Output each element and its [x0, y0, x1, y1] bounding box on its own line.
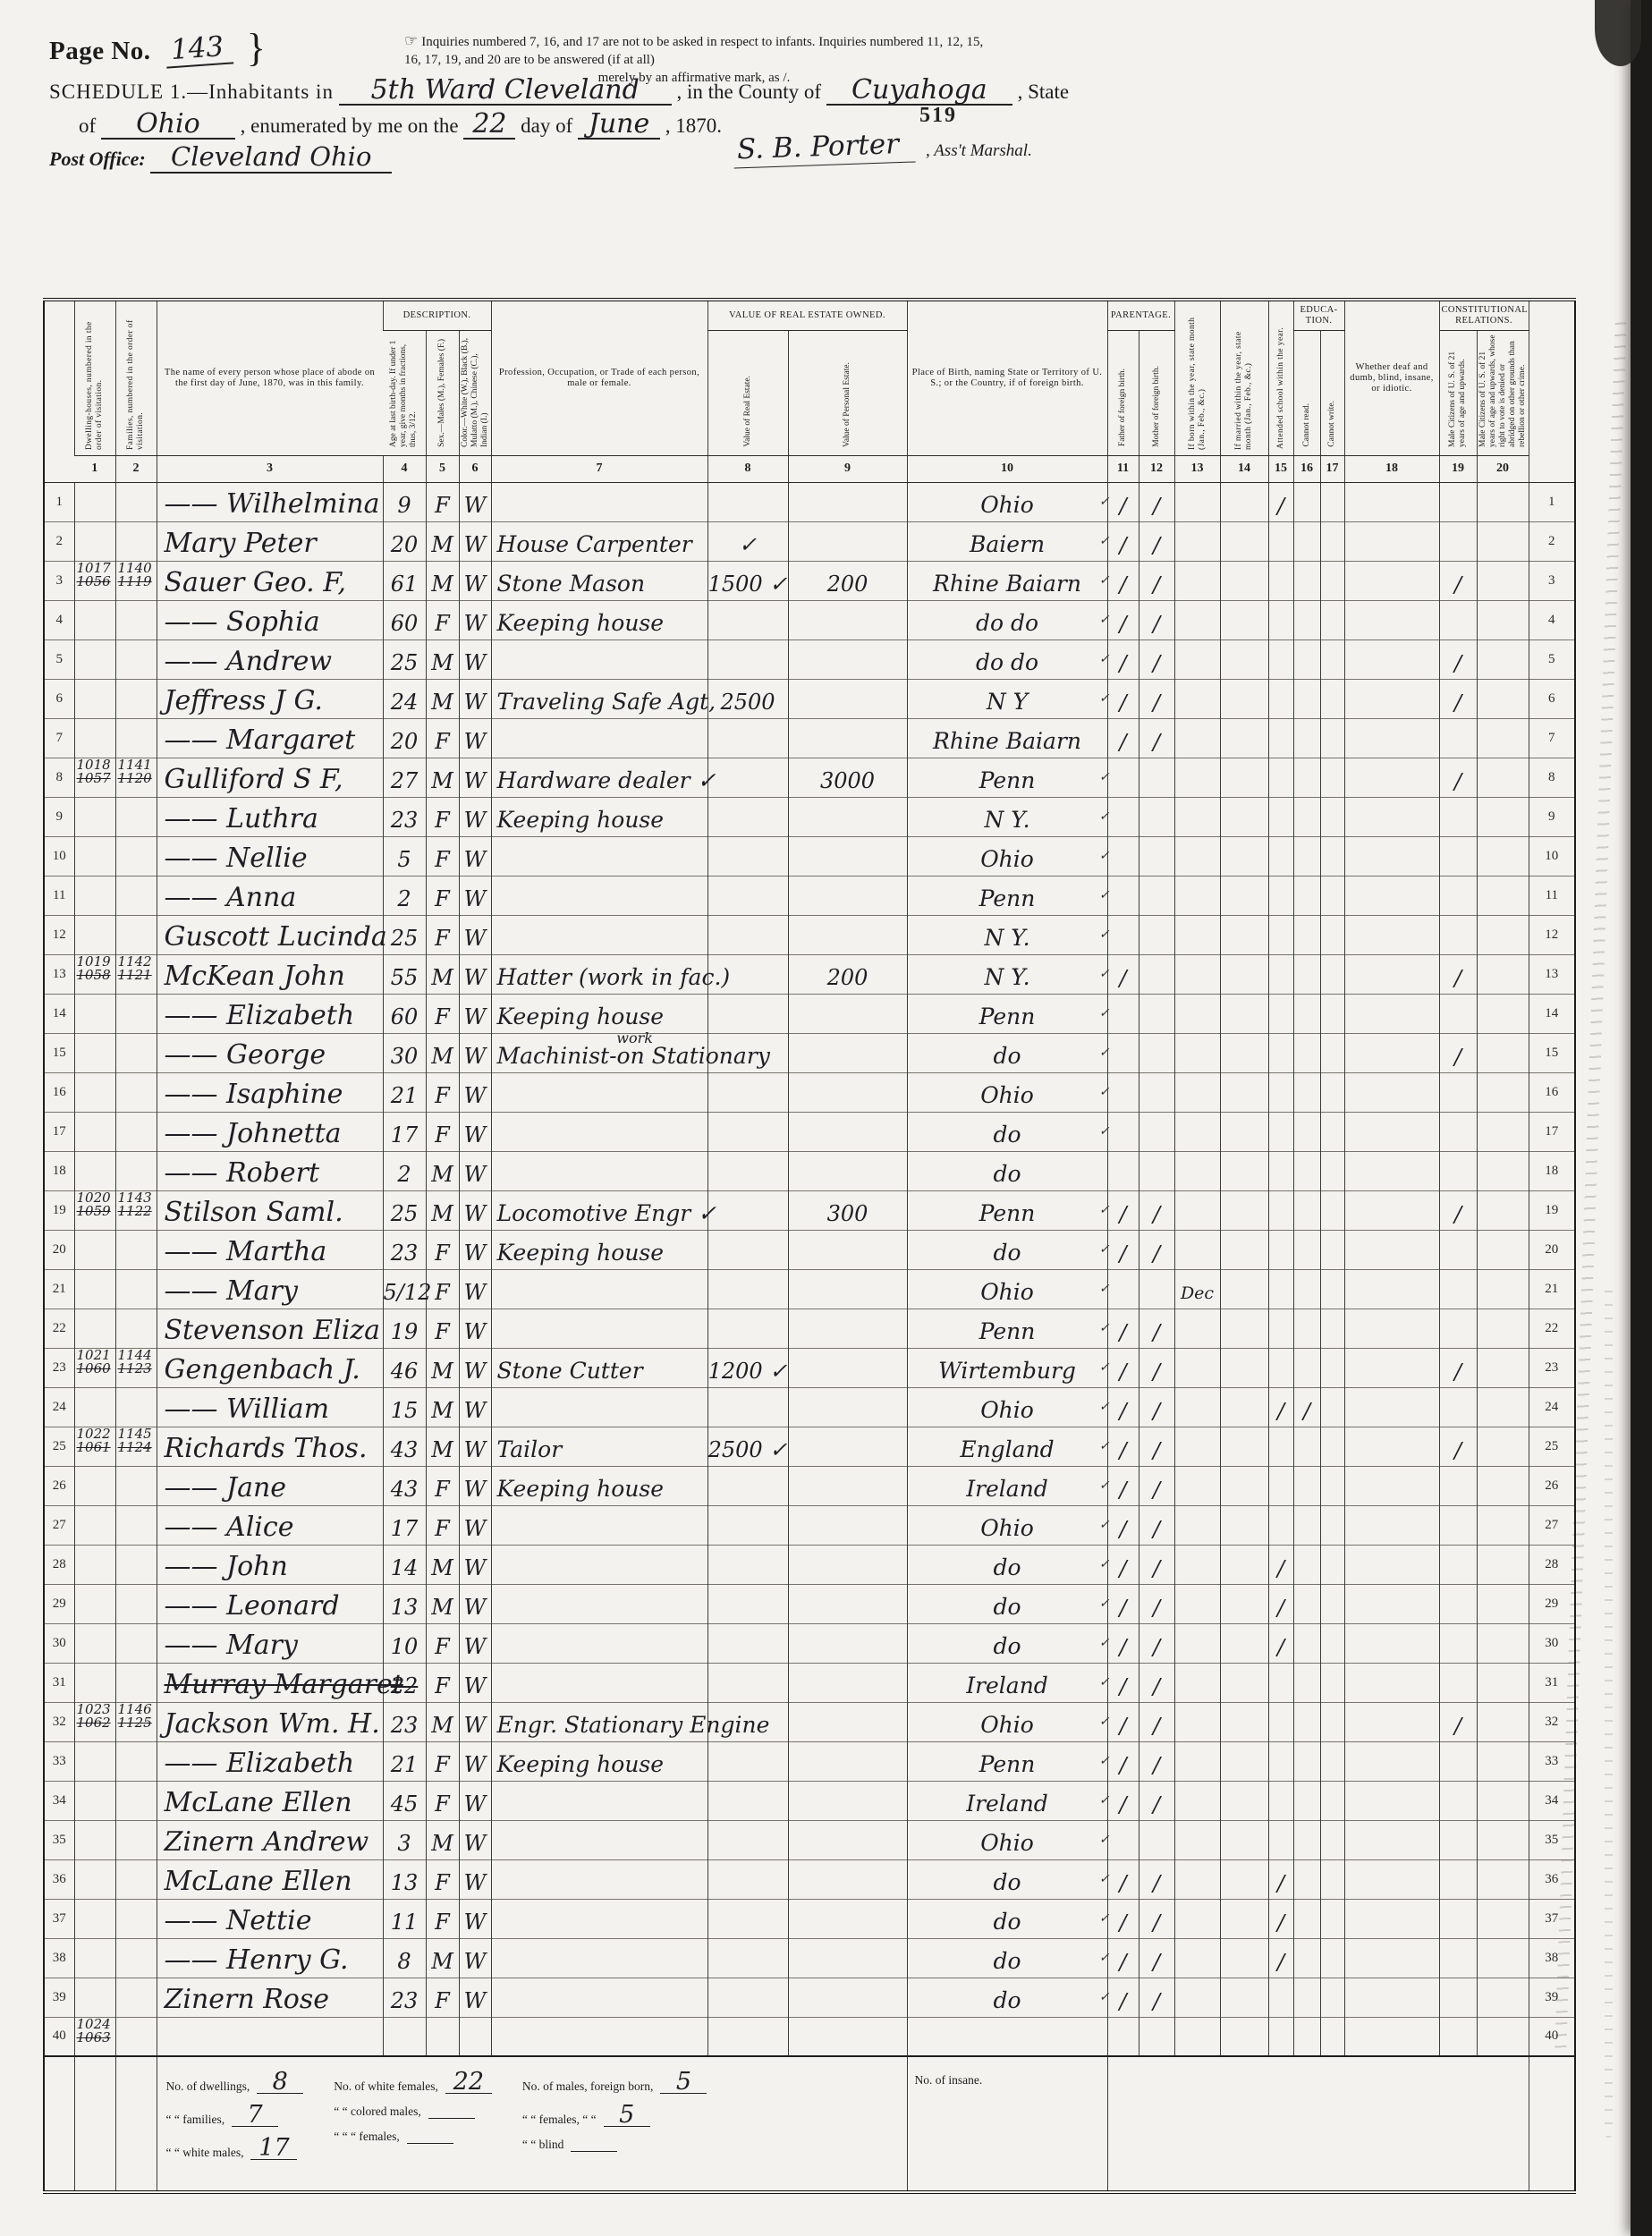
cell-sex: F — [426, 1663, 459, 1702]
cell-deaf-dumb — [1344, 1899, 1439, 1938]
page-no-label: Page No. — [49, 37, 151, 66]
cell-male-citizen-denied-mark — [1477, 1781, 1529, 1820]
cell-attended-school-mark — [1268, 1072, 1293, 1112]
cell-male-citizen-mark — [1439, 2017, 1477, 2056]
total-value: 5 — [660, 2071, 707, 2094]
cell-birthplace: Ohio✓ — [907, 836, 1107, 876]
total-label: No. of white females, — [334, 2079, 438, 2094]
col-header-born-month: If born within the year, state month (Ja… — [1174, 300, 1220, 455]
cell-name: Mary Peter — [157, 521, 383, 561]
cell-real-estate-value: 1500 ✓ — [707, 561, 788, 600]
group-header-constitutional: CONSTITUTIONAL RELATIONS. — [1439, 300, 1529, 330]
cell-color: W — [459, 1623, 491, 1663]
cell-sex: F — [426, 836, 459, 876]
row-number-left: 16 — [44, 1072, 74, 1112]
row-number-left: 7 — [44, 718, 74, 758]
cell-birthplace: N Y.✓ — [907, 797, 1107, 836]
cell-age: 20 — [383, 718, 426, 758]
cell-sex: M — [426, 1584, 459, 1623]
cell-personal-estate-value — [788, 1584, 907, 1623]
cell-married-month — [1220, 1899, 1268, 1938]
cell-married-month — [1220, 1623, 1268, 1663]
cell-father-foreign-mark: / — [1107, 482, 1139, 521]
cell-male-citizen-mark — [1439, 1545, 1477, 1584]
cell-dwelling-number — [74, 836, 115, 876]
cell-occupation — [491, 1072, 707, 1112]
cell-age: 30 — [383, 1033, 426, 1072]
cell-deaf-dumb — [1344, 1112, 1439, 1151]
cell-attended-school-mark: / — [1268, 1899, 1293, 1938]
cell-occupation — [491, 1505, 707, 1545]
cell-occupation: Hatter (work in fac.) — [491, 954, 707, 994]
row-number-left: 40 — [44, 2017, 74, 2056]
cell-born-month — [1174, 1190, 1220, 1230]
cell-mother-foreign-mark: / — [1139, 1427, 1174, 1466]
cell-male-citizen-denied-mark — [1477, 915, 1529, 954]
cell-cannot-read-mark — [1293, 1741, 1320, 1781]
cell-family-number — [115, 1623, 157, 1663]
cell-male-citizen-denied-mark — [1477, 1033, 1529, 1072]
cell-birthplace: Baiern✓ — [907, 521, 1107, 561]
cell-family-number: 11431122 — [115, 1190, 157, 1230]
cell-real-estate-value — [707, 1781, 788, 1820]
cell-age: 13 — [383, 1859, 426, 1899]
cell-dwelling-number — [74, 1978, 115, 2017]
cell-male-citizen-denied-mark — [1477, 1623, 1529, 1663]
cell-color: W — [459, 1230, 491, 1269]
cell-real-estate-value — [707, 482, 788, 521]
cell-married-month — [1220, 1348, 1268, 1387]
cell-born-month — [1174, 639, 1220, 679]
cell-birthplace: Ohio✓ — [907, 1505, 1107, 1545]
cell-male-citizen-denied-mark — [1477, 639, 1529, 679]
row-number-right: 40 — [1529, 2017, 1575, 2056]
cell-sex: M — [426, 1938, 459, 1978]
cell-male-citizen-denied-mark — [1477, 954, 1529, 994]
cell-cannot-read-mark — [1293, 915, 1320, 954]
col-number: 19 — [1439, 455, 1477, 482]
cell-personal-estate-value — [788, 1112, 907, 1151]
cell-occupation: Stone Cutter — [491, 1348, 707, 1387]
cell-color: W — [459, 1978, 491, 2017]
table-row: 20 —— Martha 23 F W Keeping house do✓ / … — [44, 1230, 1575, 1269]
cell-cannot-read-mark — [1293, 1151, 1320, 1190]
cell-mother-foreign-mark: / — [1139, 600, 1174, 639]
cell-father-foreign-mark: / — [1107, 1623, 1139, 1663]
cell-deaf-dumb — [1344, 1545, 1439, 1584]
scan-dark-edge — [1631, 0, 1652, 2236]
cell-cannot-read-mark — [1293, 1309, 1320, 1348]
cell-married-month — [1220, 1427, 1268, 1466]
cell-cannot-read-mark — [1293, 758, 1320, 797]
cell-dwelling-number — [74, 994, 115, 1033]
row-number-right: 4 — [1529, 600, 1575, 639]
cell-sex: F — [426, 1466, 459, 1505]
cell-family-number — [115, 1112, 157, 1151]
col-number: 9 — [788, 455, 907, 482]
cell-personal-estate-value — [788, 1545, 907, 1584]
cell-color: W — [459, 1781, 491, 1820]
cell-sex: M — [426, 1702, 459, 1741]
cell-deaf-dumb — [1344, 1702, 1439, 1741]
cell-real-estate-value — [707, 994, 788, 1033]
cell-occupation: Engr. Stationary Engine — [491, 1702, 707, 1741]
col-header-real-estate: Value of Real Estate. — [707, 330, 788, 455]
cell-age: 61 — [383, 561, 426, 600]
cell-cannot-write-mark — [1320, 1938, 1344, 1978]
cell-deaf-dumb — [1344, 1151, 1439, 1190]
cell-cannot-read-mark: / — [1293, 1387, 1320, 1427]
cell-mother-foreign-mark: / — [1139, 1741, 1174, 1781]
cell-age: 3 — [383, 1820, 426, 1859]
cell-cannot-write-mark — [1320, 679, 1344, 718]
cell-father-foreign-mark: / — [1107, 1190, 1139, 1230]
cell-occupation — [491, 915, 707, 954]
cell-deaf-dumb — [1344, 1859, 1439, 1899]
cell-male-citizen-mark — [1439, 1859, 1477, 1899]
cell-dwelling-number: 10181057 — [74, 758, 115, 797]
cell-sex: F — [426, 1623, 459, 1663]
cell-birthplace: do do✓ — [907, 600, 1107, 639]
cell-cannot-write-mark — [1320, 1269, 1344, 1309]
cell-attended-school-mark — [1268, 1112, 1293, 1151]
cell-family-number — [115, 915, 157, 954]
total-label: “ “ colored males, — [334, 2105, 420, 2119]
cell-color: W — [459, 639, 491, 679]
col-number: 6 — [459, 455, 491, 482]
footer-gutter-right — [1529, 2056, 1575, 2192]
cell-real-estate-value — [707, 1190, 788, 1230]
cell-cannot-read-mark — [1293, 482, 1320, 521]
cell-family-number — [115, 521, 157, 561]
cell-real-estate-value — [707, 1072, 788, 1112]
row-number-right: 16 — [1529, 1072, 1575, 1112]
cell-cannot-write-mark — [1320, 482, 1344, 521]
table-row: 25 10221061 11451124 Richards Thos. 43 M… — [44, 1427, 1575, 1466]
cell-attended-school-mark — [1268, 600, 1293, 639]
col-header-cannot-write: Cannot write. — [1320, 330, 1344, 455]
cell-name: —— Margaret — [157, 718, 383, 758]
cell-deaf-dumb — [1344, 1663, 1439, 1702]
cell-dwelling-number — [74, 679, 115, 718]
cell-deaf-dumb — [1344, 1269, 1439, 1309]
cell-sex: M — [426, 1545, 459, 1584]
cell-name: —— Luthra — [157, 797, 383, 836]
cell-birthplace: do✓ — [907, 1112, 1107, 1151]
cell-birthplace: do✓ — [907, 1899, 1107, 1938]
cell-male-citizen-denied-mark — [1477, 561, 1529, 600]
table-row: 35 Zinern Andrew 3 M W Ohio✓ 35 — [44, 1820, 1575, 1859]
cell-father-foreign-mark: / — [1107, 1899, 1139, 1938]
cell-male-citizen-denied-mark — [1477, 758, 1529, 797]
cell-cannot-write-mark — [1320, 994, 1344, 1033]
cell-born-month — [1174, 1545, 1220, 1584]
cell-mother-foreign-mark: / — [1139, 1859, 1174, 1899]
cell-father-foreign-mark: / — [1107, 1230, 1139, 1269]
row-number-right: 25 — [1529, 1427, 1575, 1466]
cell-born-month — [1174, 600, 1220, 639]
cell-real-estate-value: 1200 ✓ — [707, 1348, 788, 1387]
cell-name: —— Jane — [157, 1466, 383, 1505]
cell-personal-estate-value — [788, 797, 907, 836]
cell-cannot-read-mark — [1293, 1033, 1320, 1072]
cell-cannot-read-mark — [1293, 1072, 1320, 1112]
footer-totals-col-3: No. of males, foreign born,5 “ “ females… — [522, 2071, 707, 2160]
cell-personal-estate-value — [788, 718, 907, 758]
cell-occupation: Traveling Safe Agt, — [491, 679, 707, 718]
cell-cannot-write-mark — [1320, 561, 1344, 600]
cell-personal-estate-value — [788, 1269, 907, 1309]
cell-age: 25 — [383, 915, 426, 954]
table-row: 14 —— Elizabeth 60 F W Keeping house Pen… — [44, 994, 1575, 1033]
cell-birthplace: Ohio✓ — [907, 1072, 1107, 1112]
col-header-personal-estate: Value of Personal Estate. — [788, 330, 907, 455]
col-number: 5 — [426, 455, 459, 482]
cell-dwelling-number — [74, 482, 115, 521]
cell-age — [383, 2017, 426, 2056]
cell-personal-estate-value — [788, 1309, 907, 1348]
cell-family-number — [115, 718, 157, 758]
row-number-left: 20 — [44, 1230, 74, 1269]
cell-family-number — [115, 797, 157, 836]
cell-cannot-read-mark — [1293, 1348, 1320, 1387]
col-header-sex: Sex.—Males (M.), Females (F.) — [426, 330, 459, 455]
cell-married-month — [1220, 1781, 1268, 1820]
cell-married-month — [1220, 1309, 1268, 1348]
cell-cannot-write-mark — [1320, 836, 1344, 876]
cell-age: 43 — [383, 1427, 426, 1466]
cell-born-month — [1174, 994, 1220, 1033]
cell-deaf-dumb — [1344, 915, 1439, 954]
cell-occupation — [491, 1309, 707, 1348]
schedule-line-2: of Ohio , enumerated by me on the 22 day… — [79, 113, 722, 140]
cell-family-number — [115, 482, 157, 521]
group-header-value-owned: VALUE OF REAL ESTATE OWNED. — [707, 300, 907, 330]
cell-born-month — [1174, 1151, 1220, 1190]
cell-male-citizen-denied-mark — [1477, 2017, 1529, 2056]
cell-deaf-dumb — [1344, 1033, 1439, 1072]
cell-personal-estate-value — [788, 1387, 907, 1427]
cell-name: —— Elizabeth — [157, 994, 383, 1033]
footer-totals-col-1: No. of dwellings,8 “ “ families,7 “ “ wh… — [166, 2071, 304, 2160]
cell-cannot-read-mark — [1293, 1466, 1320, 1505]
cell-family-number — [115, 1938, 157, 1978]
cell-name: Sauer Geo. F, — [157, 561, 383, 600]
cell-sex: F — [426, 994, 459, 1033]
cell-deaf-dumb — [1344, 521, 1439, 561]
cell-age: 60 — [383, 994, 426, 1033]
cell-personal-estate-value — [788, 836, 907, 876]
cell-cannot-read-mark — [1293, 2017, 1320, 2056]
table-row: 9 —— Luthra 23 F W Keeping house N Y.✓ 9 — [44, 797, 1575, 836]
cell-personal-estate-value — [788, 1899, 907, 1938]
cell-married-month — [1220, 876, 1268, 915]
total-label: “ “ “ females, — [334, 2130, 399, 2144]
cell-name: —— Isaphine — [157, 1072, 383, 1112]
cell-male-citizen-denied-mark — [1477, 482, 1529, 521]
cell-mother-foreign-mark: / — [1139, 1899, 1174, 1938]
cell-birthplace: Ohio✓ — [907, 1702, 1107, 1741]
cell-color: W — [459, 1309, 491, 1348]
cell-mother-foreign-mark — [1139, 994, 1174, 1033]
col-number: 8 — [707, 455, 788, 482]
cell-sex: F — [426, 1859, 459, 1899]
cell-born-month — [1174, 1859, 1220, 1899]
cell-born-month — [1174, 718, 1220, 758]
cell-color: W — [459, 1899, 491, 1938]
table-row: 38 —— Henry G. 8 M W do✓ / / / 38 — [44, 1938, 1575, 1978]
cell-real-estate-value — [707, 1741, 788, 1781]
cell-father-foreign-mark: / — [1107, 1309, 1139, 1348]
row-number-left: 23 — [44, 1348, 74, 1387]
cell-sex: M — [426, 1387, 459, 1427]
cell-personal-estate-value — [788, 1741, 907, 1781]
cell-family-number: 11411120 — [115, 758, 157, 797]
row-number-left: 21 — [44, 1269, 74, 1309]
cell-cannot-write-mark — [1320, 1820, 1344, 1859]
cell-male-citizen-denied-mark — [1477, 1702, 1529, 1741]
cell-mother-foreign-mark: / — [1139, 561, 1174, 600]
ward-value: 5th Ward Cleveland — [371, 74, 640, 106]
cell-cannot-read-mark — [1293, 639, 1320, 679]
cell-cannot-write-mark — [1320, 1230, 1344, 1269]
cell-born-month — [1174, 521, 1220, 561]
cell-father-foreign-mark: / — [1107, 1859, 1139, 1899]
row-number-right: 15 — [1529, 1033, 1575, 1072]
total-value: 8 — [257, 2071, 303, 2094]
total-label: No. of dwellings, — [166, 2079, 250, 2094]
col-header-mother-foreign: Mother of foreign birth. — [1139, 330, 1174, 455]
cell-attended-school-mark — [1268, 836, 1293, 876]
cell-name: —— Martha — [157, 1230, 383, 1269]
cell-family-number — [115, 1033, 157, 1072]
cell-dwelling-number: 10201059 — [74, 1190, 115, 1230]
cell-age: 5 — [383, 836, 426, 876]
total-label: “ “ females, “ “ — [522, 2113, 597, 2127]
cell-father-foreign-mark: / — [1107, 679, 1139, 718]
cell-real-estate-value — [707, 836, 788, 876]
cell-color: W — [459, 1348, 491, 1387]
cell-male-citizen-mark — [1439, 1741, 1477, 1781]
cell-family-number — [115, 1978, 157, 2017]
schedule-suffix: , State — [1018, 80, 1070, 103]
cell-married-month — [1220, 797, 1268, 836]
cell-cannot-write-mark — [1320, 758, 1344, 797]
cell-male-citizen-denied-mark — [1477, 1348, 1529, 1387]
cell-family-number — [115, 1466, 157, 1505]
cell-name: Stilson Saml. — [157, 1190, 383, 1230]
cell-birthplace: do✓ — [907, 1230, 1107, 1269]
post-office-value: Cleveland Ohio — [171, 141, 371, 172]
cell-cannot-write-mark — [1320, 1899, 1344, 1938]
cell-attended-school-mark: / — [1268, 1584, 1293, 1623]
cell-name: McLane Ellen — [157, 1781, 383, 1820]
cell-dwelling-number — [74, 1033, 115, 1072]
cell-birthplace: N Y.✓ — [907, 915, 1107, 954]
cell-sex: F — [426, 915, 459, 954]
cell-married-month — [1220, 1190, 1268, 1230]
cell-family-number — [115, 1309, 157, 1348]
cell-color: W — [459, 1151, 491, 1190]
cell-cannot-write-mark — [1320, 797, 1344, 836]
cell-cannot-write-mark — [1320, 1072, 1344, 1112]
cell-color: W — [459, 1663, 491, 1702]
cell-deaf-dumb — [1344, 994, 1439, 1033]
cell-dwelling-number — [74, 1820, 115, 1859]
cell-real-estate-value — [707, 1269, 788, 1309]
total-value — [428, 2118, 475, 2119]
cell-cannot-read-mark — [1293, 1427, 1320, 1466]
cell-occupation — [491, 482, 707, 521]
cell-family-number — [115, 1505, 157, 1545]
row-number-right: 38 — [1529, 1938, 1575, 1978]
cell-age: 19 — [383, 1309, 426, 1348]
cell-color: W — [459, 1112, 491, 1151]
cell-married-month — [1220, 758, 1268, 797]
cell-color: W — [459, 482, 491, 521]
cell-married-month — [1220, 482, 1268, 521]
cell-attended-school-mark — [1268, 521, 1293, 561]
cell-born-month — [1174, 954, 1220, 994]
cell-father-foreign-mark — [1107, 797, 1139, 836]
cell-cannot-write-mark — [1320, 1387, 1344, 1427]
cell-attended-school-mark: / — [1268, 1938, 1293, 1978]
cell-occupation — [491, 718, 707, 758]
table-row: 22 Stevenson Eliza 19 F W Penn✓ / / 22 — [44, 1309, 1575, 1348]
cell-personal-estate-value — [788, 679, 907, 718]
cell-deaf-dumb — [1344, 561, 1439, 600]
cell-male-citizen-denied-mark — [1477, 521, 1529, 561]
cell-sex: M — [426, 679, 459, 718]
cell-attended-school-mark — [1268, 1269, 1293, 1309]
cell-birthplace: Ohio✓ — [907, 1820, 1107, 1859]
row-number-right: 12 — [1529, 915, 1575, 954]
cell-married-month — [1220, 1112, 1268, 1151]
cell-dwelling-number — [74, 876, 115, 915]
pencil-scribbles — [1605, 1279, 1613, 2138]
cell-attended-school-mark — [1268, 1820, 1293, 1859]
row-number-left: 5 — [44, 639, 74, 679]
cell-color: W — [459, 797, 491, 836]
col-header-dwelling: Dwelling-houses, numbered in the order o… — [74, 300, 115, 455]
row-number-left: 6 — [44, 679, 74, 718]
pointing-hand-icon: ☞ — [404, 32, 418, 49]
schedule-mid: , in the County of — [676, 80, 821, 103]
cell-male-citizen-mark — [1439, 718, 1477, 758]
cell-cannot-read-mark — [1293, 836, 1320, 876]
census-page-scan: { "colors": { "paper": "#f3f2ee", "ink":… — [0, 0, 1652, 2236]
cell-born-month — [1174, 836, 1220, 876]
cell-occupation — [491, 1584, 707, 1623]
row-number-right: 6 — [1529, 679, 1575, 718]
cell-male-citizen-mark — [1439, 1899, 1477, 1938]
post-office-line: Post Office: Cleveland Ohio — [49, 141, 392, 174]
cell-married-month — [1220, 1072, 1268, 1112]
cell-color: W — [459, 836, 491, 876]
cell-deaf-dumb — [1344, 1584, 1439, 1623]
cell-real-estate-value: 2500 — [707, 679, 788, 718]
cell-real-estate-value — [707, 1623, 788, 1663]
cell-born-month — [1174, 561, 1220, 600]
cell-family-number — [115, 1781, 157, 1820]
cell-dwelling-number — [74, 1899, 115, 1938]
cell-mother-foreign-mark — [1139, 1072, 1174, 1112]
cell-dwelling-number — [74, 1387, 115, 1427]
cell-occupation: Tailor — [491, 1427, 707, 1466]
cell-birthplace: Ohio✓ — [907, 1269, 1107, 1309]
col-number: 4 — [383, 455, 426, 482]
cell-occupation — [491, 1938, 707, 1978]
